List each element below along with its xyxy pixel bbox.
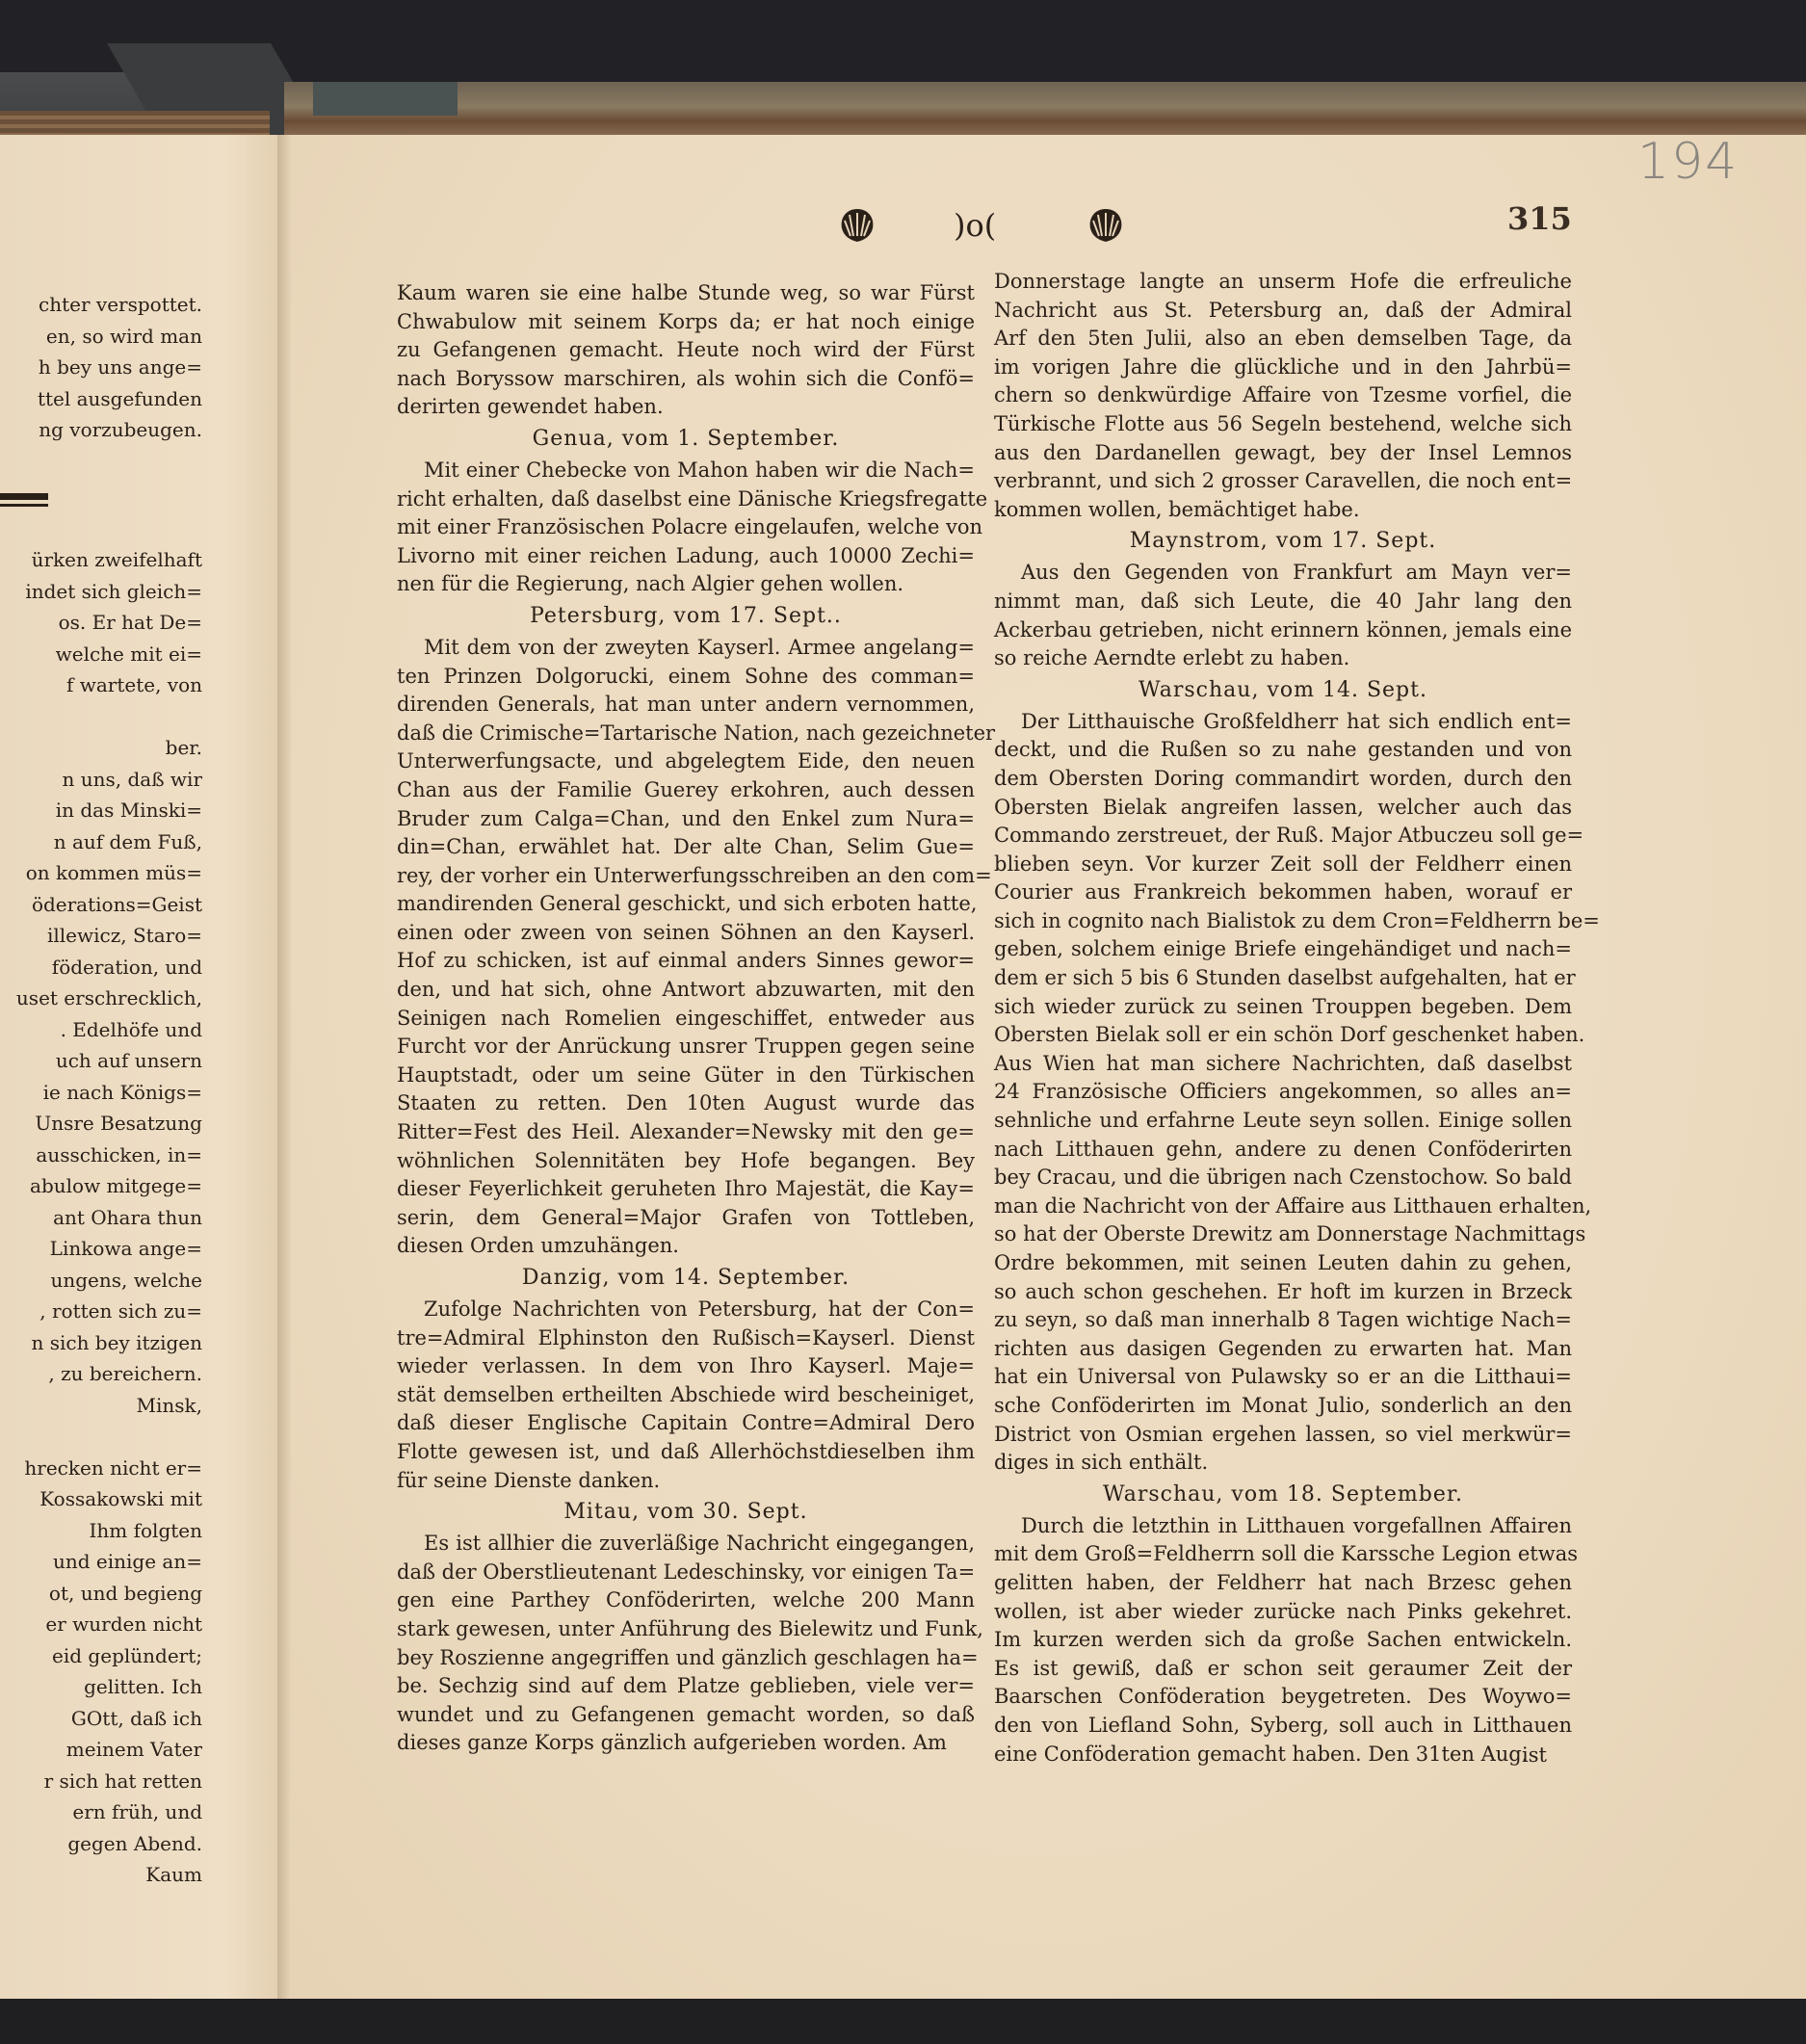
text-line: öderations=Geist xyxy=(0,889,202,921)
text-line: ürken zweifelhaft xyxy=(0,544,202,576)
cover-edge-right xyxy=(284,82,1806,138)
dateline-heading: Petersburg, vom 17. Sept.. xyxy=(397,599,975,634)
text-line: für seine Dienste danken. xyxy=(397,1467,975,1496)
text-line: so hat der Oberste Drewitz am Donnerstag… xyxy=(994,1220,1572,1249)
text-line: Ackerbau getrieben, nicht erinnern könne… xyxy=(994,616,1572,645)
text-line: mandirenden General geschickt, und sich … xyxy=(397,890,975,919)
spine-tape xyxy=(313,82,458,116)
text-line: ausschicken, in= xyxy=(0,1140,202,1171)
text-line: hat ein Universal von Pulawsky so er an … xyxy=(994,1363,1572,1392)
catchword: ist xyxy=(1522,1743,1547,1767)
text-line: , rotten sich zu= xyxy=(0,1296,202,1327)
text-line: den von Liefland Sohn, Syberg, soll auch… xyxy=(994,1712,1572,1741)
text-line: Nachricht aus St. Petersburg an, daß der… xyxy=(994,297,1572,326)
text-line: geben, solchem einige Briefe eingehändig… xyxy=(994,935,1572,964)
text-line: Obersten Bielak soll er ein schön Dorf g… xyxy=(994,1021,1572,1050)
text-line: ng vorzubeugen. xyxy=(0,414,202,446)
page-number: 315 xyxy=(1507,200,1572,237)
text-line: meinem Vater xyxy=(0,1734,202,1766)
text-line: Es ist allhier die zuverläßige Nachricht… xyxy=(397,1530,975,1559)
text-line: sich in cognito nach Bialistok zu dem Cr… xyxy=(994,907,1572,936)
text-line: f wartete, von xyxy=(0,669,202,701)
text-line: uset erschrecklich, xyxy=(0,983,202,1014)
text-line: gegen Abend. xyxy=(0,1828,202,1860)
text-line: Ordre bekommen, mit seinen Leuten dahin … xyxy=(994,1249,1572,1278)
left-page-text-main: ürken zweifelhaftindet sich gleich=os. E… xyxy=(0,544,202,1891)
news-paragraph: Der Litthauische Großfeldherr hat sich e… xyxy=(994,708,1572,1478)
left-page-text-top: chter verspottet.en, so wird manh bey un… xyxy=(0,289,202,446)
text-line: ten Prinzen Dolgorucki, einem Sohne des … xyxy=(397,663,975,692)
text-line: Zufolge Nachrichten von Petersburg, hat … xyxy=(397,1296,975,1324)
text-line: os. Er hat De= xyxy=(0,607,202,639)
text-line: Der Litthauische Großfeldherr hat sich e… xyxy=(994,708,1572,737)
text-line: sche Conföderirten im Monat Julio, sonde… xyxy=(994,1392,1572,1421)
text-line: Chan aus der Familie Guerey erkohren, au… xyxy=(397,776,975,805)
text-line: n auf dem Fuß, xyxy=(0,826,202,858)
text-line: n uns, daß wir xyxy=(0,764,202,796)
text-line: Türkische Flotte aus 56 Segeln bestehend… xyxy=(994,410,1572,439)
text-line: mit einer Französischen Polacre eingelau… xyxy=(397,513,975,542)
text-line: welche mit ei= xyxy=(0,639,202,670)
text-line: Ihm folgten xyxy=(0,1515,202,1547)
text-line: District von Osmian ergehen lassen, so v… xyxy=(994,1421,1572,1450)
text-line: eid geplündert; xyxy=(0,1640,202,1672)
text-line: Courier aus Frankreich bekommen haben, w… xyxy=(994,878,1572,907)
text-line xyxy=(0,701,202,733)
text-line: zu Gefangenen gemacht. Heute noch wird d… xyxy=(397,336,975,365)
text-line: ber. xyxy=(0,732,202,764)
text-line: Aus Wien hat man sichere Nachrichten, da… xyxy=(994,1050,1572,1079)
text-line: on kommen müs= xyxy=(0,857,202,889)
text-line: uch auf unsern xyxy=(0,1045,202,1077)
text-line: nen für die Regierung, nach Algier gehen… xyxy=(397,570,975,599)
text-line: dem er sich 5 bis 6 Stunden daselbst auf… xyxy=(994,964,1572,993)
text-line: nimmt man, daß sich Leute, die 40 Jahr l… xyxy=(994,588,1572,616)
text-line: ern früh, und xyxy=(0,1796,202,1828)
text-line: mit dem Groß=Feldherrn soll die Karssche… xyxy=(994,1540,1572,1569)
text-line: blieben seyn. Vor kurzer Zeit soll der F… xyxy=(994,851,1572,879)
text-column-left: Kaum waren sie eine halbe Stunde weg, so… xyxy=(397,279,975,1758)
text-line: tre=Admiral Elphinston den Rußisch=Kayse… xyxy=(397,1324,975,1353)
archive-number: 194 xyxy=(1637,133,1739,191)
text-line: Flotte gewesen ist, und daß Allerhöchstd… xyxy=(397,1438,975,1467)
news-paragraph: Mit dem von der zweyten Kayserl. Armee a… xyxy=(397,634,975,1261)
text-line: den, und hat sich, ohne Antwort abzuwart… xyxy=(397,976,975,1005)
text-line: und einige an= xyxy=(0,1546,202,1578)
text-line: Ritter=Fest des Heil. Alexander=Newsky m… xyxy=(397,1118,975,1147)
text-line: Aus den Gegenden von Frankfurt am Mayn v… xyxy=(994,559,1572,588)
text-line: daß die Crimische=Tartarische Nation, na… xyxy=(397,720,975,748)
text-line: Obersten Bielak angreifen lassen, welche… xyxy=(994,794,1572,823)
text-line: Seinigen nach Romelien eingeschiffet, en… xyxy=(397,1005,975,1034)
text-line: Es ist gewiß, daß er schon seit geraumer… xyxy=(994,1655,1572,1684)
text-line: diesen Orden umzuhängen. xyxy=(397,1232,975,1261)
ornament-divider: )o( xyxy=(954,207,996,244)
text-line: diges in sich enthält. xyxy=(994,1449,1572,1478)
text-line: so reiche Aerndte erlebt zu haben. xyxy=(994,644,1572,673)
text-line: Unsre Besatzung xyxy=(0,1108,202,1140)
text-line: man die Nachricht von der Affaire aus Li… xyxy=(994,1192,1572,1221)
text-line: dieser Feyerlichkeit geruheten Ihro Maje… xyxy=(397,1175,975,1204)
text-line: bey Cracau, und die übrigen nach Czensto… xyxy=(994,1164,1572,1192)
text-line: Commando zerstreuet, der Ruß. Major Atbu… xyxy=(994,822,1572,851)
text-line: r sich hat retten xyxy=(0,1766,202,1797)
text-line: sehnliche und erfahrne Leute seyn sollen… xyxy=(994,1107,1572,1136)
text-line: Kaum waren sie eine halbe Stunde weg, so… xyxy=(397,279,975,308)
text-line: serin, dem General=Major Grafen von Tott… xyxy=(397,1204,975,1233)
text-line: daß dieser Englische Capitain Contre=Adm… xyxy=(397,1409,975,1438)
text-line: Kossakowski mit xyxy=(0,1483,202,1515)
text-line: Mit dem von der zweyten Kayserl. Armee a… xyxy=(397,634,975,663)
dateline-heading: Warschau, vom 14. Sept. xyxy=(994,673,1572,708)
text-line: Furcht vor der Anrückung unsrer Truppen … xyxy=(397,1033,975,1061)
text-line: dieses ganze Korps gänzlich aufgerieben … xyxy=(397,1729,975,1758)
scan-background-bottom xyxy=(0,1999,1806,2044)
text-line: derirten gewendet haben. xyxy=(397,393,975,422)
text-line: Baarschen Conföderation beygetreten. Des… xyxy=(994,1683,1572,1712)
text-line: chter verspottet. xyxy=(0,289,202,321)
text-line: kommen wollen, bemächtiget habe. xyxy=(994,496,1572,525)
text-line: GOtt, daß ich xyxy=(0,1703,202,1735)
text-line: h bey uns ange= xyxy=(0,352,202,383)
text-line: dem Obersten Doring commandirt worden, d… xyxy=(994,765,1572,794)
dateline-heading: Genua, vom 1. September. xyxy=(397,422,975,457)
news-paragraph: Donnerstage langte an unserm Hofe die er… xyxy=(994,268,1572,524)
text-line: ot, und begieng xyxy=(0,1578,202,1610)
text-line: Minsk, xyxy=(0,1390,202,1422)
text-line: be. Sechzig sind auf dem Platze gebliebe… xyxy=(397,1672,975,1701)
text-line: deckt, und die Rußen so zu nahe gestande… xyxy=(994,736,1572,765)
text-line: . Edelhöfe und xyxy=(0,1014,202,1046)
news-paragraph: Aus den Gegenden von Frankfurt am Mayn v… xyxy=(994,559,1572,672)
text-line: Im kurzen werden sich da große Sachen en… xyxy=(994,1626,1572,1655)
text-line: Staaten zu retten. Den 10ten August wurd… xyxy=(397,1089,975,1118)
text-line: ant Ohara thun xyxy=(0,1202,202,1234)
text-line: im vorigen Jahre die glückliche und in d… xyxy=(994,354,1572,382)
news-paragraph: Durch die letzthin in Litthauen vorgefal… xyxy=(994,1512,1572,1769)
text-line: bey Roszienne angegriffen und gänzlich g… xyxy=(397,1644,975,1673)
text-line: rey, der vorher ein Unterwerfungsschreib… xyxy=(397,862,975,891)
text-line: illewicz, Staro= xyxy=(0,920,202,952)
text-line: din=Chan, erwählet hat. Der alte Chan, S… xyxy=(397,833,975,862)
text-line: Unterwerfungsacte, und abgelegtem Eide, … xyxy=(397,747,975,776)
text-line: daß der Oberstlieutenant Ledeschinsky, v… xyxy=(397,1559,975,1587)
text-line: en, so wird man xyxy=(0,321,202,353)
text-line: Hof zu schicken, ist auf einmal anders S… xyxy=(397,947,975,976)
news-paragraph: Es ist allhier die zuverläßige Nachricht… xyxy=(397,1530,975,1758)
text-line: Mit einer Chebecke von Mahon haben wir d… xyxy=(397,457,975,485)
text-line: Arf den 5ten Julii, also an eben demselb… xyxy=(994,325,1572,354)
text-line: zu seyn, so daß man innerhalb 8 Tagen wi… xyxy=(994,1306,1572,1335)
text-line: hrecken nicht er= xyxy=(0,1453,202,1484)
text-line: Kaum xyxy=(0,1859,202,1891)
dateline-heading: Warschau, vom 18. September. xyxy=(994,1478,1572,1512)
text-line: stark gewesen, unter Anführung des Biele… xyxy=(397,1615,975,1644)
text-line: nach Boryssow marschiren, als wohin sich… xyxy=(397,365,975,394)
shell-ornament-icon xyxy=(838,207,877,252)
dateline-heading: Mitau, vom 30. Sept. xyxy=(397,1495,975,1530)
text-line: einen oder zween von seinen Söhnen an de… xyxy=(397,919,975,948)
text-line: Linkowa ange= xyxy=(0,1233,202,1265)
text-line: wieder verlassen. In dem von Ihro Kayser… xyxy=(397,1352,975,1381)
text-line: Chwabulow mit seinem Korps da; er hat no… xyxy=(397,308,975,337)
shell-ornament-icon xyxy=(1086,207,1125,252)
news-paragraph: Kaum waren sie eine halbe Stunde weg, so… xyxy=(397,279,975,422)
text-line: verbrannt, und sich 2 grosser Caravellen… xyxy=(994,467,1572,496)
text-line: aus den Dardanellen gewagt, bey der Inse… xyxy=(994,439,1572,468)
text-line: nach Litthauen gehn, andere zu denen Con… xyxy=(994,1136,1572,1165)
text-line xyxy=(0,1421,202,1453)
text-line: ie nach Königs= xyxy=(0,1077,202,1109)
text-line: direnden Generals, hat man unter andern … xyxy=(397,691,975,720)
text-line: sich wieder zurück zu seinen Trouppen be… xyxy=(994,993,1572,1022)
text-line: so auch schon geschehen. Er hoft im kurz… xyxy=(994,1278,1572,1307)
text-line: ungens, welche xyxy=(0,1265,202,1297)
section-rule xyxy=(0,493,48,507)
text-line: 24 Französische Officiers angekommen, so… xyxy=(994,1078,1572,1107)
text-line: stät demselben ertheilten Abschiede wird… xyxy=(397,1381,975,1410)
dateline-heading: Maynstrom, vom 17. Sept. xyxy=(994,524,1572,559)
text-line: Donnerstage langte an unserm Hofe die er… xyxy=(994,268,1572,297)
text-line: er wurden nicht xyxy=(0,1609,202,1640)
text-line: eine Conföderation gemacht haben. Den 31… xyxy=(994,1741,1572,1769)
text-line: föderation, und xyxy=(0,952,202,983)
text-line: gen eine Parthey Conföderirten, welche 2… xyxy=(397,1586,975,1615)
page-gutter xyxy=(277,135,291,2008)
text-line: , zu bereichern. xyxy=(0,1358,202,1390)
text-line: Bruder zum Calga=Chan, und den Enkel zum… xyxy=(397,805,975,834)
text-line: richt erhalten, daß daselbst eine Dänisc… xyxy=(397,485,975,514)
text-line: in das Minski= xyxy=(0,795,202,826)
text-line: indet sich gleich= xyxy=(0,576,202,608)
text-line: Livorno mit einer reichen Ladung, auch 1… xyxy=(397,542,975,571)
text-line: wundet und zu Gefangenen gemacht worden,… xyxy=(397,1701,975,1730)
text-line: wöhnlichen Solennitäten bey Hofe begange… xyxy=(397,1147,975,1176)
text-line: Hauptstadt, oder um seine Güter in den T… xyxy=(397,1061,975,1090)
text-line: abulow mitgege= xyxy=(0,1170,202,1202)
text-line: gelitten. Ich xyxy=(0,1671,202,1703)
text-line: richten aus dasigen Gegenden zu erwarten… xyxy=(994,1335,1572,1364)
news-paragraph: Zufolge Nachrichten von Petersburg, hat … xyxy=(397,1296,975,1495)
text-line: gelitten haben, der Feldherr hat nach Br… xyxy=(994,1569,1572,1598)
text-column-right: Donnerstage langte an unserm Hofe die er… xyxy=(994,268,1572,1769)
dateline-heading: Danzig, vom 14. September. xyxy=(397,1261,975,1296)
text-line: n sich bey itzigen xyxy=(0,1327,202,1359)
text-line: ttel ausgefunden xyxy=(0,383,202,415)
text-line: wollen, ist aber wieder zurücke nach Pin… xyxy=(994,1598,1572,1627)
news-paragraph: Mit einer Chebecke von Mahon haben wir d… xyxy=(397,457,975,599)
text-line: Durch die letzthin in Litthauen vorgefal… xyxy=(994,1512,1572,1541)
text-line: chern so denkwürdige Affaire von Tzesme … xyxy=(994,381,1572,410)
